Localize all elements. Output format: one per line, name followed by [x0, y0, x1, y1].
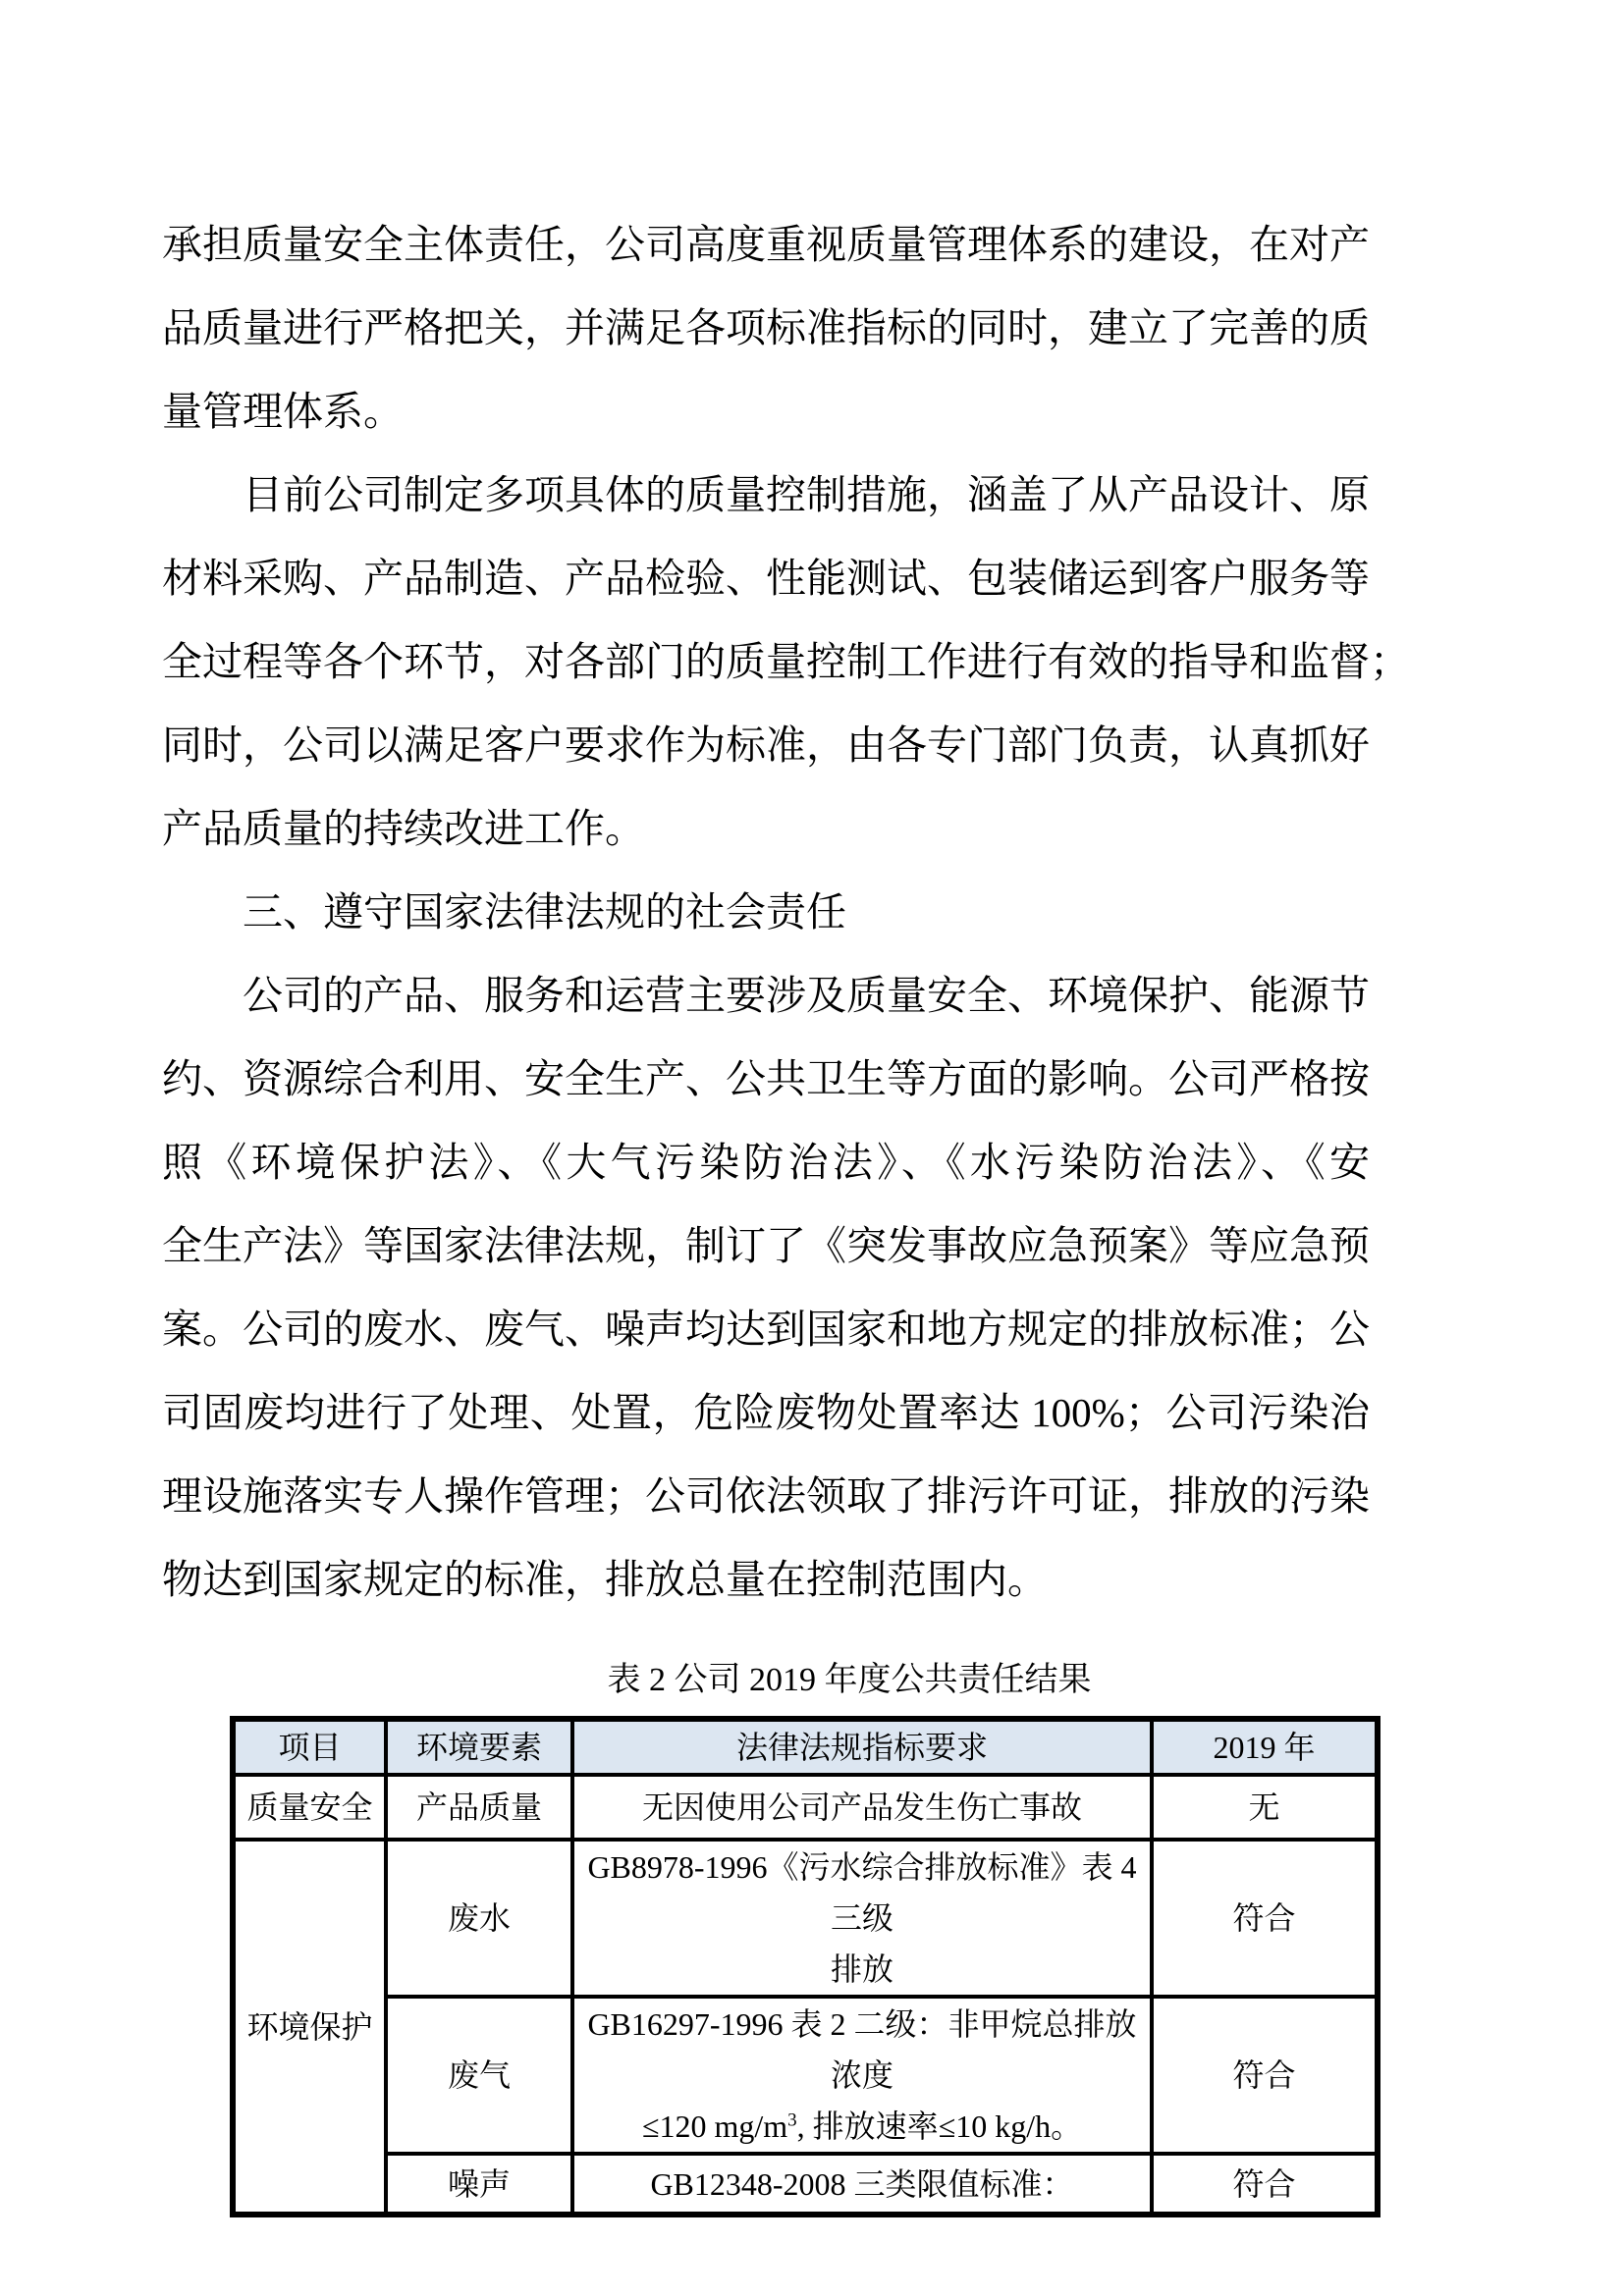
paragraph: 目前公司制定多项具体的质量控制措施，涵盖了从产品设计、原 材料采购、产品制造、产… — [162, 454, 1370, 871]
public-responsibility-table: 项目 环境要素 法律法规指标要求 2019 年 质量安全 产品质量 无因使用公司… — [230, 1716, 1380, 2217]
cell-item-quality: 质量安全 — [233, 1775, 386, 1840]
text-line: 目前公司制定多项具体的质量控制措施，涵盖了从产品设计、原 — [162, 454, 1370, 537]
section-heading: 三、遵守国家法律法规的社会责任 — [162, 871, 1370, 954]
table-row-quality-safety: 质量安全 产品质量 无因使用公司产品发生伤亡事故 无 — [233, 1775, 1378, 1840]
text-line: 承担质量安全主体责任，公司高度重视质量管理体系的建设，在对产 — [162, 203, 1370, 287]
cell-result-wastewater: 符合 — [1152, 1840, 1378, 1997]
table-caption: 表 2 公司 2019 年度公共责任结果 — [245, 1659, 1453, 1702]
cell-requirement-noise: GB12348-2008 三类限值标准： — [572, 2154, 1152, 2215]
cell-factor-product: 产品质量 — [386, 1775, 572, 1840]
superscript-exponent: 3 — [787, 2109, 797, 2130]
requirement-line: ≤120 mg/m3, 排放速率≤10 kg/h。 — [574, 2101, 1150, 2152]
cell-result-exhaust: 符合 — [1152, 1997, 1378, 2154]
text-line: 材料采购、产品制造、产品检验、性能测试、包装储运到客户服务等 — [162, 537, 1370, 620]
cell-requirement-exhaust: GB16297-1996 表 2 二级：非甲烷总排放浓度 ≤120 mg/m3,… — [572, 1997, 1152, 2154]
cell-result-noise: 符合 — [1152, 2154, 1378, 2215]
text-line: 案。公司的废水、废气、噪声均达到国家和地方规定的排放标准；公 — [162, 1288, 1370, 1371]
paragraph: 承担质量安全主体责任，公司高度重视质量管理体系的建设，在对产 品质量进行严格把关… — [162, 203, 1370, 454]
cell-requirement-quality: 无因使用公司产品发生伤亡事故 — [572, 1775, 1152, 1840]
text-line: 物达到国家规定的标准，排放总量在控制范围内。 — [162, 1538, 1370, 1622]
text-line: 品质量进行严格把关，并满足各项标准指标的同时，建立了完善的质 — [162, 287, 1370, 370]
text-line: 理设施落实专人操作管理；公司依法领取了排污许可证，排放的污染 — [162, 1455, 1370, 1538]
text-line: 照《环境保护法》、《大气污染防治法》、《水污染防治法》、《安 — [162, 1121, 1370, 1204]
document-body: 承担质量安全主体责任，公司高度重视质量管理体系的建设，在对产 品质量进行严格把关… — [162, 0, 1370, 2217]
cell-requirement-wastewater: GB8978-1996《污水综合排放标准》表 4 三级 排放 — [572, 1840, 1152, 1997]
paragraph: 公司的产品、服务和运营主要涉及质量安全、环境保护、能源节 约、资源综合利用、安全… — [162, 954, 1370, 1622]
document-page: 承担质量安全主体责任，公司高度重视质量管理体系的建设，在对产 品质量进行严格把关… — [0, 0, 1624, 2296]
requirement-text: ≤120 mg/m — [642, 2109, 787, 2144]
header-cell-year: 2019 年 — [1152, 1719, 1378, 1775]
header-cell-requirement: 法律法规指标要求 — [572, 1719, 1152, 1775]
text-line: 产品质量的持续改进工作。 — [162, 787, 1370, 871]
requirement-line: 排放 — [574, 1944, 1150, 1995]
text-line: 司固废均进行了处理、处置，危险废物处置率达 100%；公司污染治 — [162, 1371, 1370, 1455]
text-line: 全过程等各个环节，对各部门的质量控制工作进行有效的指导和监督； — [162, 620, 1370, 704]
table-row-noise: 噪声 GB12348-2008 三类限值标准： 符合 — [233, 2154, 1378, 2215]
text-line: 全生产法》等国家法律法规，制订了《突发事故应急预案》等应急预 — [162, 1204, 1370, 1288]
requirement-text: , 排放速率≤10 kg/h。 — [797, 2109, 1082, 2144]
header-cell-factor: 环境要素 — [386, 1719, 572, 1775]
table-row-exhaust-gas: 废气 GB16297-1996 表 2 二级：非甲烷总排放浓度 ≤120 mg/… — [233, 1997, 1378, 2154]
cell-factor-noise: 噪声 — [386, 2154, 572, 2215]
requirement-line: GB8978-1996《污水综合排放标准》表 4 三级 — [574, 1842, 1150, 1944]
cell-item-environment: 环境保护 — [233, 1840, 386, 2215]
requirement-line: GB16297-1996 表 2 二级：非甲烷总排放浓度 — [574, 1999, 1150, 2101]
text-line: 同时，公司以满足客户要求作为标准，由各专门部门负责，认真抓好 — [162, 704, 1370, 787]
cell-result-quality: 无 — [1152, 1775, 1378, 1840]
table-header-row: 项目 环境要素 法律法规指标要求 2019 年 — [233, 1719, 1378, 1775]
table-row-wastewater: 环境保护 废水 GB8978-1996《污水综合排放标准》表 4 三级 排放 符… — [233, 1840, 1378, 1997]
text-line: 约、资源综合利用、安全生产、公共卫生等方面的影响。公司严格按 — [162, 1038, 1370, 1121]
cell-factor-wastewater: 废水 — [386, 1840, 572, 1997]
text-line: 公司的产品、服务和运营主要涉及质量安全、环境保护、能源节 — [162, 954, 1370, 1038]
text-line: 量管理体系。 — [162, 370, 1370, 454]
cell-factor-exhaust: 废气 — [386, 1997, 572, 2154]
header-cell-item: 项目 — [233, 1719, 386, 1775]
